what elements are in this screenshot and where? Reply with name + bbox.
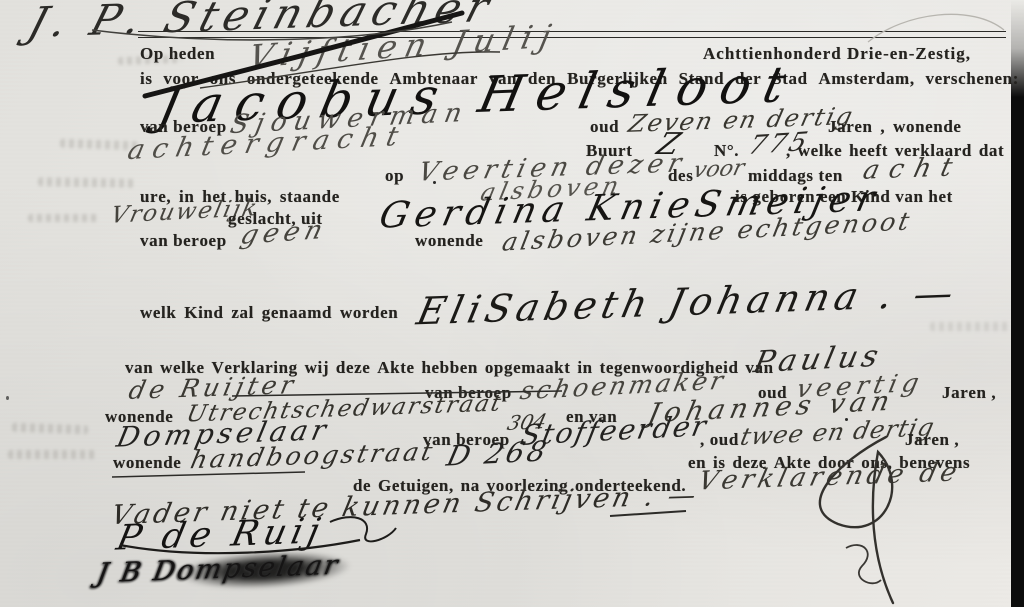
bleed-through-text xyxy=(38,177,134,188)
child-name: EliSabeth Johanna . — xyxy=(414,274,962,331)
printed-oud-3: , oud xyxy=(700,430,739,450)
witness2-signature: J B Dompselaar xyxy=(95,552,342,587)
note-verklarende: Verklarende de xyxy=(696,459,963,494)
witness2-address: handboogstraat xyxy=(188,439,437,472)
printed-kind-genaamd: welk Kind zal genaamd worden xyxy=(140,303,398,323)
printed-wonende-1: wonende xyxy=(415,231,483,251)
scan-edge-band xyxy=(1011,0,1024,607)
printed-van-beroep-2: van beroep xyxy=(140,231,227,251)
printed-jaren-2: Jaren , xyxy=(905,430,959,450)
printed-jaren-wonende: Jaren , wonende xyxy=(828,117,962,137)
birth-certificate-scan: J. P. Steinbacher Op heden Vijftien Juli… xyxy=(0,0,1024,607)
birth-ampm: voor xyxy=(691,158,746,183)
printed-des: des xyxy=(668,166,693,186)
bleed-through-text xyxy=(8,450,96,459)
registrar-paraph xyxy=(846,545,881,583)
printed-jaren-1: Jaren , xyxy=(942,383,996,403)
mother-occupation: geen xyxy=(238,217,330,249)
witness2-housenumber: D 268 xyxy=(444,437,552,470)
bleed-through-text xyxy=(60,139,138,151)
bleed-through-text xyxy=(930,322,1010,331)
printed-oud-1: oud xyxy=(590,117,619,137)
ink-speck xyxy=(6,396,9,400)
printed-op-heden: Op heden xyxy=(140,44,215,64)
bleed-through-text xyxy=(28,214,98,222)
printed-op: op xyxy=(385,166,404,186)
printed-wonende-3: wonende xyxy=(113,453,181,473)
bleed-through-text xyxy=(12,423,88,435)
declarant-age: Zeven en dertig xyxy=(626,104,856,136)
